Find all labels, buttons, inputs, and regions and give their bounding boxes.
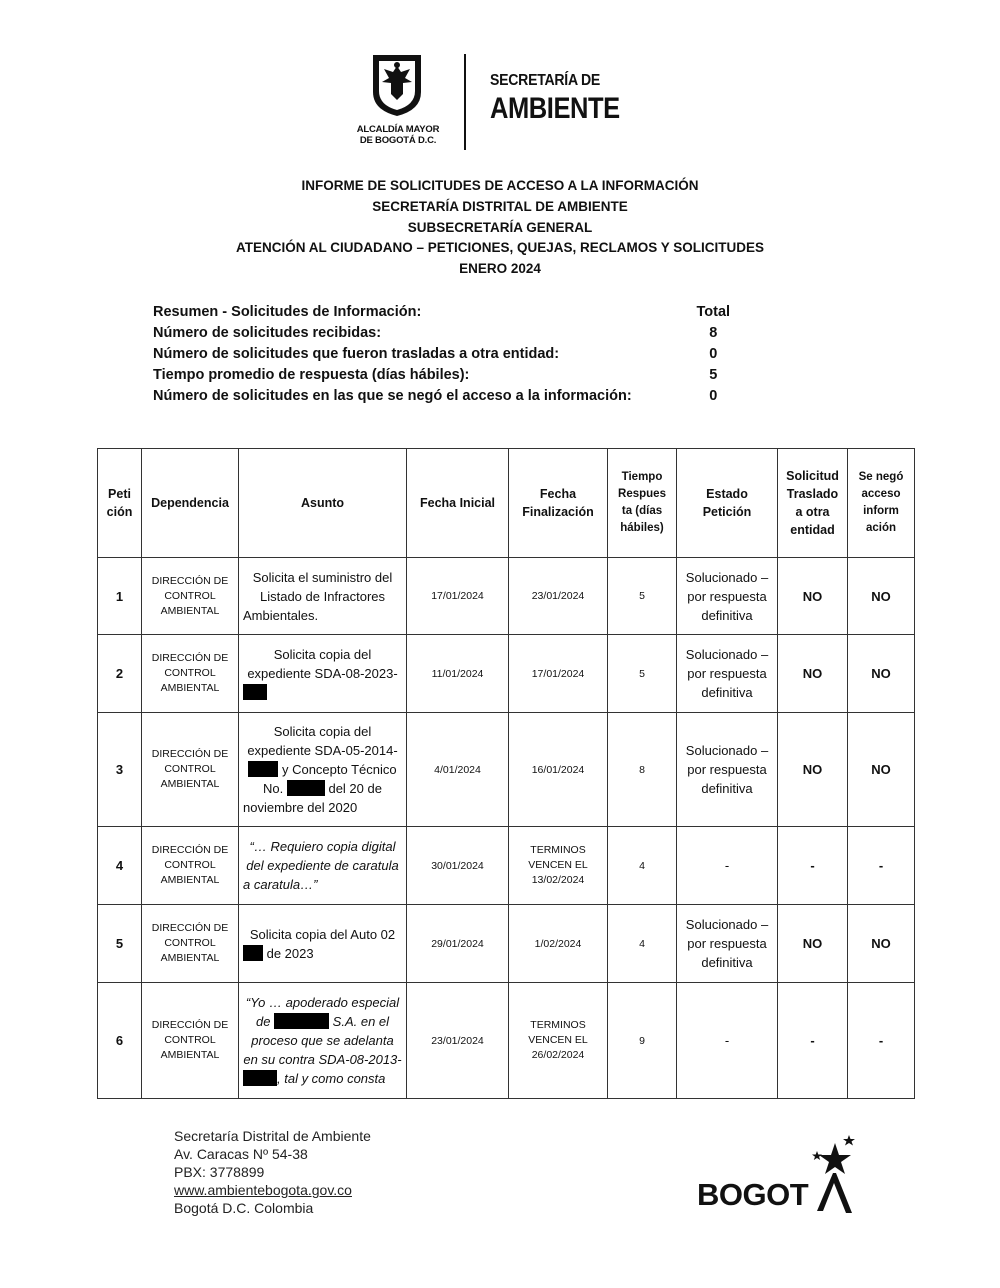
alcaldia-label: ALCALDÍA MAYOR DE BOGOTÁ D.C. (340, 124, 456, 146)
requests-table: Peti ción Dependencia Asunto Fecha Inici… (97, 448, 915, 1099)
header-logo: ALCALDÍA MAYOR DE BOGOTÁ D.C. SECRETARÍA… (340, 50, 640, 155)
logo-divider (464, 54, 466, 150)
website-link[interactable]: www.ambientebogota.gov.co (174, 1181, 371, 1199)
header-asunto: Asunto (239, 449, 407, 558)
summary-row: Número de solicitudes recibidas: 8 (153, 323, 753, 344)
table-row: 4 DIRECCIÓN DE CONTROL AMBIENTAL “… Requ… (98, 827, 915, 905)
redaction (243, 684, 267, 700)
bogota-crest-icon (370, 52, 424, 118)
summary-row: Número de solicitudes en las que se negó… (153, 386, 753, 407)
summary-row: Tiempo promedio de respuesta (días hábil… (153, 365, 753, 386)
report-title: INFORME DE SOLICITUDES DE ACCESO A LA IN… (0, 176, 1000, 280)
summary-row: Número de solicitudes que fueron traslad… (153, 344, 753, 365)
bogota-wordmark: BOGOT (697, 1177, 808, 1213)
bogota-star-icon (805, 1133, 857, 1215)
table-header-row: Peti ción Dependencia Asunto Fecha Inici… (98, 449, 915, 558)
redaction (248, 761, 278, 777)
bogota-logo: BOGOT (697, 1133, 857, 1215)
header-tiempo: Tiempo Respues ta (días hábiles) (608, 449, 677, 558)
header-fecha-inicial: Fecha Inicial (407, 449, 509, 558)
redaction (243, 945, 263, 961)
secretaria-label: SECRETARÍA DE (490, 72, 600, 90)
header-estado: Estado Petición (677, 449, 778, 558)
table-row: 2 DIRECCIÓN DE CONTROL AMBIENTAL Solicit… (98, 635, 915, 713)
header-nego: Se negó acceso inform ación (848, 449, 915, 558)
summary-heading: Resumen - Solicitudes de Información: To… (153, 302, 753, 323)
header-dependencia: Dependencia (142, 449, 239, 558)
table-row: 3 DIRECCIÓN DE CONTROL AMBIENTAL Solicit… (98, 713, 915, 827)
redaction (243, 1070, 277, 1086)
header-peticion: Peti ción (98, 449, 142, 558)
redaction (287, 780, 325, 796)
redaction (274, 1013, 329, 1029)
header-traslado: Solicitud Traslado a otra entidad (778, 449, 848, 558)
table-row: 1 DIRECCIÓN DE CONTROL AMBIENTAL Solicit… (98, 558, 915, 635)
ambiente-label: AMBIENTE (490, 92, 620, 126)
table-row: 6 DIRECCIÓN DE CONTROL AMBIENTAL “Yo … a… (98, 983, 915, 1099)
header-fecha-finalizacion: Fecha Finalización (509, 449, 608, 558)
footer-address: Secretaría Distrital de Ambiente Av. Car… (174, 1127, 371, 1217)
summary-section: Resumen - Solicitudes de Información: To… (153, 302, 753, 407)
table-row: 5 DIRECCIÓN DE CONTROL AMBIENTAL Solicit… (98, 905, 915, 983)
